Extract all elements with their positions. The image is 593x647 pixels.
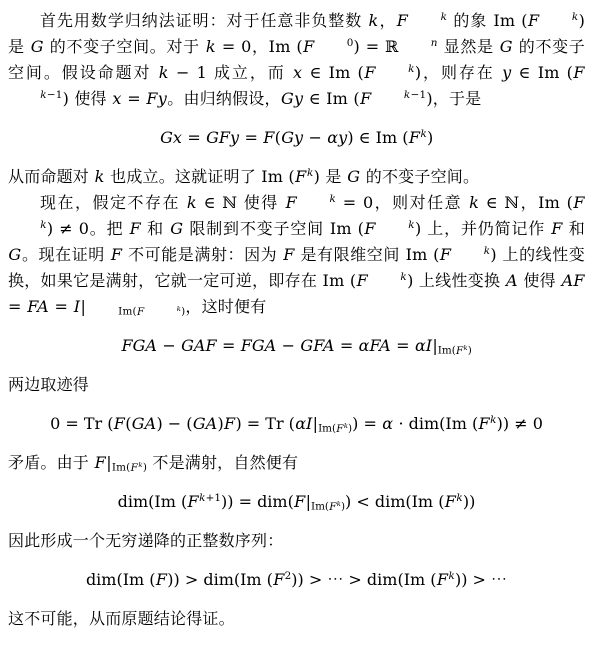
math-variable: F xyxy=(283,245,295,264)
math-variable: F xyxy=(573,193,585,212)
document-page: 首先用数学归纳法证明：对于任意非负整数 k，Fk 的象 Im (Fk) 是 G … xyxy=(0,0,593,647)
math-variable: GFA xyxy=(300,336,335,355)
math-variable: k xyxy=(484,245,491,257)
math-variable: k xyxy=(572,11,579,23)
math-variable: F xyxy=(263,128,275,147)
display-equation: FGA − GAF = FGA − GFA = αFA = αI|Im(Fk) xyxy=(8,333,585,359)
math-variable: F xyxy=(130,462,138,474)
math-variable: F xyxy=(364,219,376,238)
math-variable: F xyxy=(478,414,490,433)
math-variable: F xyxy=(360,89,372,108)
math-variable: F xyxy=(111,245,123,264)
math-variable: k xyxy=(94,167,105,186)
math-variable: G xyxy=(170,219,184,238)
math-variable: GA xyxy=(193,414,218,433)
display-equation: dim(Im (Fk+1)) = dim(F|Im(Fk)) < dim(Im … xyxy=(8,489,585,515)
math-variable: k xyxy=(463,344,467,352)
math-variable: Gy xyxy=(281,89,304,108)
math-variable: F xyxy=(294,492,306,511)
math-variable: k xyxy=(408,219,415,231)
math-variable: F xyxy=(224,414,236,433)
paragraph: 这不可能，从而原题结论得证。 xyxy=(8,606,585,632)
subscript: Im(Fk) xyxy=(112,465,147,468)
math-variable: k xyxy=(408,63,415,75)
display-equation: dim(Im (F)) > dim(Im (F2)) > ⋯ > dim(Im … xyxy=(8,567,585,593)
display-equation: 0 = Tr (F(GA) − (GA)F) = Tr (αI|Im(Fk)) … xyxy=(8,411,585,437)
math-variable: I xyxy=(73,297,80,316)
math-variable: FGA xyxy=(240,336,276,355)
math-variable: F xyxy=(528,11,540,30)
math-variable: F xyxy=(336,423,344,435)
math-variable: GFy xyxy=(206,128,240,147)
math-variable: k xyxy=(158,63,169,82)
math-variable: G xyxy=(347,167,361,186)
math-variable: k xyxy=(469,193,480,212)
math-variable: k xyxy=(420,128,427,140)
math-variable: αFA xyxy=(358,336,391,355)
subscript: Im(Fk) xyxy=(311,504,345,507)
math-variable: F xyxy=(156,570,168,589)
math-variable: k xyxy=(490,414,497,426)
math-variable: k xyxy=(40,219,47,231)
math-variable: GAF xyxy=(181,336,217,355)
math-variable: n xyxy=(431,37,438,49)
math-variable: F xyxy=(396,11,408,30)
math-variable: k xyxy=(187,193,198,212)
math-variable: k xyxy=(400,271,407,283)
math-variable: F xyxy=(137,306,145,318)
math-variable: F xyxy=(551,219,563,238)
math-variable: F xyxy=(113,414,125,433)
math-variable: F xyxy=(285,193,297,212)
math-variable: k xyxy=(456,492,463,504)
paragraph: 两边取迹得 xyxy=(8,372,585,398)
math-variable: F xyxy=(440,245,452,264)
paragraph: 首先用数学归纳法证明：对于任意非负整数 k，Fk 的象 Im (Fk) 是 G … xyxy=(8,8,585,112)
math-variable: F xyxy=(356,271,368,290)
paragraph: 现在，假定不存在 k ∈ ℕ 使得 Fk = 0，则对任意 k ∈ ℕ，Im (… xyxy=(8,190,585,320)
math-variable: k xyxy=(404,89,411,101)
paragraph: 因此形成一个无穷递降的正整数序列： xyxy=(8,528,585,554)
math-variable: F xyxy=(437,570,449,589)
math-variable: FGA xyxy=(121,336,157,355)
math-variable: GA xyxy=(131,414,156,433)
math-variable: Gx xyxy=(160,128,182,147)
math-variable: k xyxy=(138,461,143,469)
math-variable: x xyxy=(293,63,303,82)
subscript: Im(Fk) xyxy=(318,426,352,429)
math-variable: F xyxy=(364,63,376,82)
math-variable: F xyxy=(129,219,141,238)
subscript: Im(Fk) xyxy=(438,348,472,351)
math-variable: αI xyxy=(295,414,313,433)
math-variable: F xyxy=(94,453,106,472)
math-variable: F xyxy=(444,492,456,511)
math-variable: y xyxy=(502,63,512,82)
math-variable: A xyxy=(506,271,518,290)
math-variable: G xyxy=(499,37,513,56)
math-variable: k xyxy=(329,193,336,205)
math-variable: k xyxy=(337,500,341,508)
math-variable: F xyxy=(456,345,464,357)
math-variable: F xyxy=(409,128,421,147)
math-variable: F xyxy=(573,63,585,82)
math-variable: k xyxy=(177,305,182,313)
math-variable: Fy xyxy=(146,89,167,108)
math-variable: k xyxy=(307,167,314,179)
math-variable: k xyxy=(344,422,348,430)
math-variable: k xyxy=(368,11,379,30)
math-variable: G xyxy=(8,245,22,264)
math-variable: F xyxy=(187,492,199,511)
math-variable: FA xyxy=(27,297,49,316)
math-variable: α xyxy=(382,414,393,433)
document-body: 首先用数学归纳法证明：对于任意非负整数 k，Fk 的象 Im (Fk) 是 G … xyxy=(8,8,585,632)
math-variable: αy xyxy=(327,128,347,147)
subscript: Im(Fk) xyxy=(86,309,185,312)
math-variable: k xyxy=(206,37,217,56)
math-variable: F xyxy=(329,501,337,513)
math-variable: AF xyxy=(561,271,585,290)
math-variable: F xyxy=(295,167,307,186)
math-variable: F xyxy=(303,37,315,56)
math-variable: k xyxy=(199,492,206,504)
math-variable: F xyxy=(273,570,285,589)
math-variable: x xyxy=(112,89,122,108)
math-variable: αI xyxy=(415,336,433,355)
math-variable: k xyxy=(448,570,455,582)
math-variable: G xyxy=(30,37,44,56)
math-variable: k xyxy=(40,89,47,101)
paragraph: 从而命题对 k 也成立。这就证明了 Im (Fk) 是 G 的不变子空间。 xyxy=(8,164,585,190)
math-variable: Gy xyxy=(281,128,303,147)
paragraph: 矛盾。由于 F|Im(Fk) 不是满射，自然便有 xyxy=(8,450,585,476)
math-variable: k xyxy=(440,11,447,23)
display-equation: Gx = GFy = F(Gy − αy) ∈ Im (Fk) xyxy=(8,125,585,151)
